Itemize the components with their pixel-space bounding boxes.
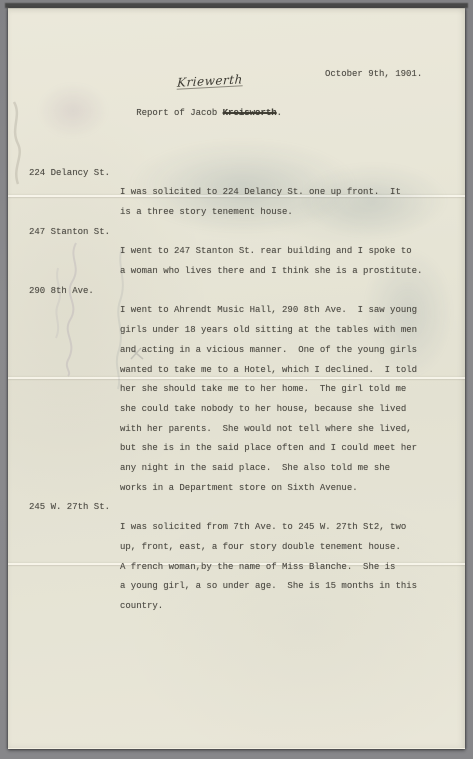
report-line: but she is in the said place often and I…: [29, 439, 437, 459]
photo-backdrop: October 9th, 1901. Report of Jacob Kreis…: [0, 0, 473, 759]
struck-typed-name: Kreisworth: [223, 108, 277, 118]
report-line: is a three story tenement house.: [29, 203, 437, 223]
section-heading-290-8th-ave: 290 8th Ave.: [29, 282, 437, 302]
report-line: I was solicited from 7th Ave. to 245 W. …: [29, 518, 437, 538]
report-line: her she should take me to her home. The …: [29, 380, 437, 400]
report-line: I went to 247 Stanton St. rear building …: [29, 242, 437, 262]
section-heading-224-delancy-st: 224 Delancy St.: [29, 164, 437, 184]
report-line: I was solicited to 224 Delancy St. one u…: [29, 183, 437, 203]
report-line: and acting in a vicious manner. One of t…: [29, 341, 437, 361]
report-title-period: .: [277, 108, 282, 118]
report-line: she could take nobody to her house, beca…: [29, 400, 437, 420]
report-line: I went to Ahrendt Music Hall, 290 8th Av…: [29, 301, 437, 321]
report-title-line: Report of Jacob Kreisworth. Kriewerth: [29, 85, 437, 164]
handwritten-name-correction: Kriewerth: [177, 73, 243, 89]
report-line: country.: [29, 597, 437, 617]
report-document: October 9th, 1901. Report of Jacob Kreis…: [8, 8, 465, 749]
report-line: up, front, east, a four story double ten…: [29, 538, 437, 558]
report-line: with her parents. She would not tell whe…: [29, 420, 437, 440]
report-line: a young girl, a so under age. She is 15 …: [29, 577, 437, 597]
report-line: A french woman,by the name of Miss Blanc…: [29, 558, 437, 578]
section-heading-247-stanton-st: 247 Stanton St.: [29, 223, 437, 243]
report-line: a woman who lives there and I think she …: [29, 262, 437, 282]
report-line: any night in the said place. She also to…: [29, 459, 437, 479]
section-heading-245-w-27th-st: 245 W. 27th St.: [29, 498, 437, 518]
typed-report-body: October 9th, 1901. Report of Jacob Kreis…: [8, 8, 465, 748]
report-line: wanted to take me to a Hotel, which I de…: [29, 361, 437, 381]
report-line: girls under 18 years old sitting at the …: [29, 321, 437, 341]
report-line: works in a Department store on Sixth Ave…: [29, 479, 437, 499]
report-title-prefix: Report of Jacob: [136, 108, 222, 118]
